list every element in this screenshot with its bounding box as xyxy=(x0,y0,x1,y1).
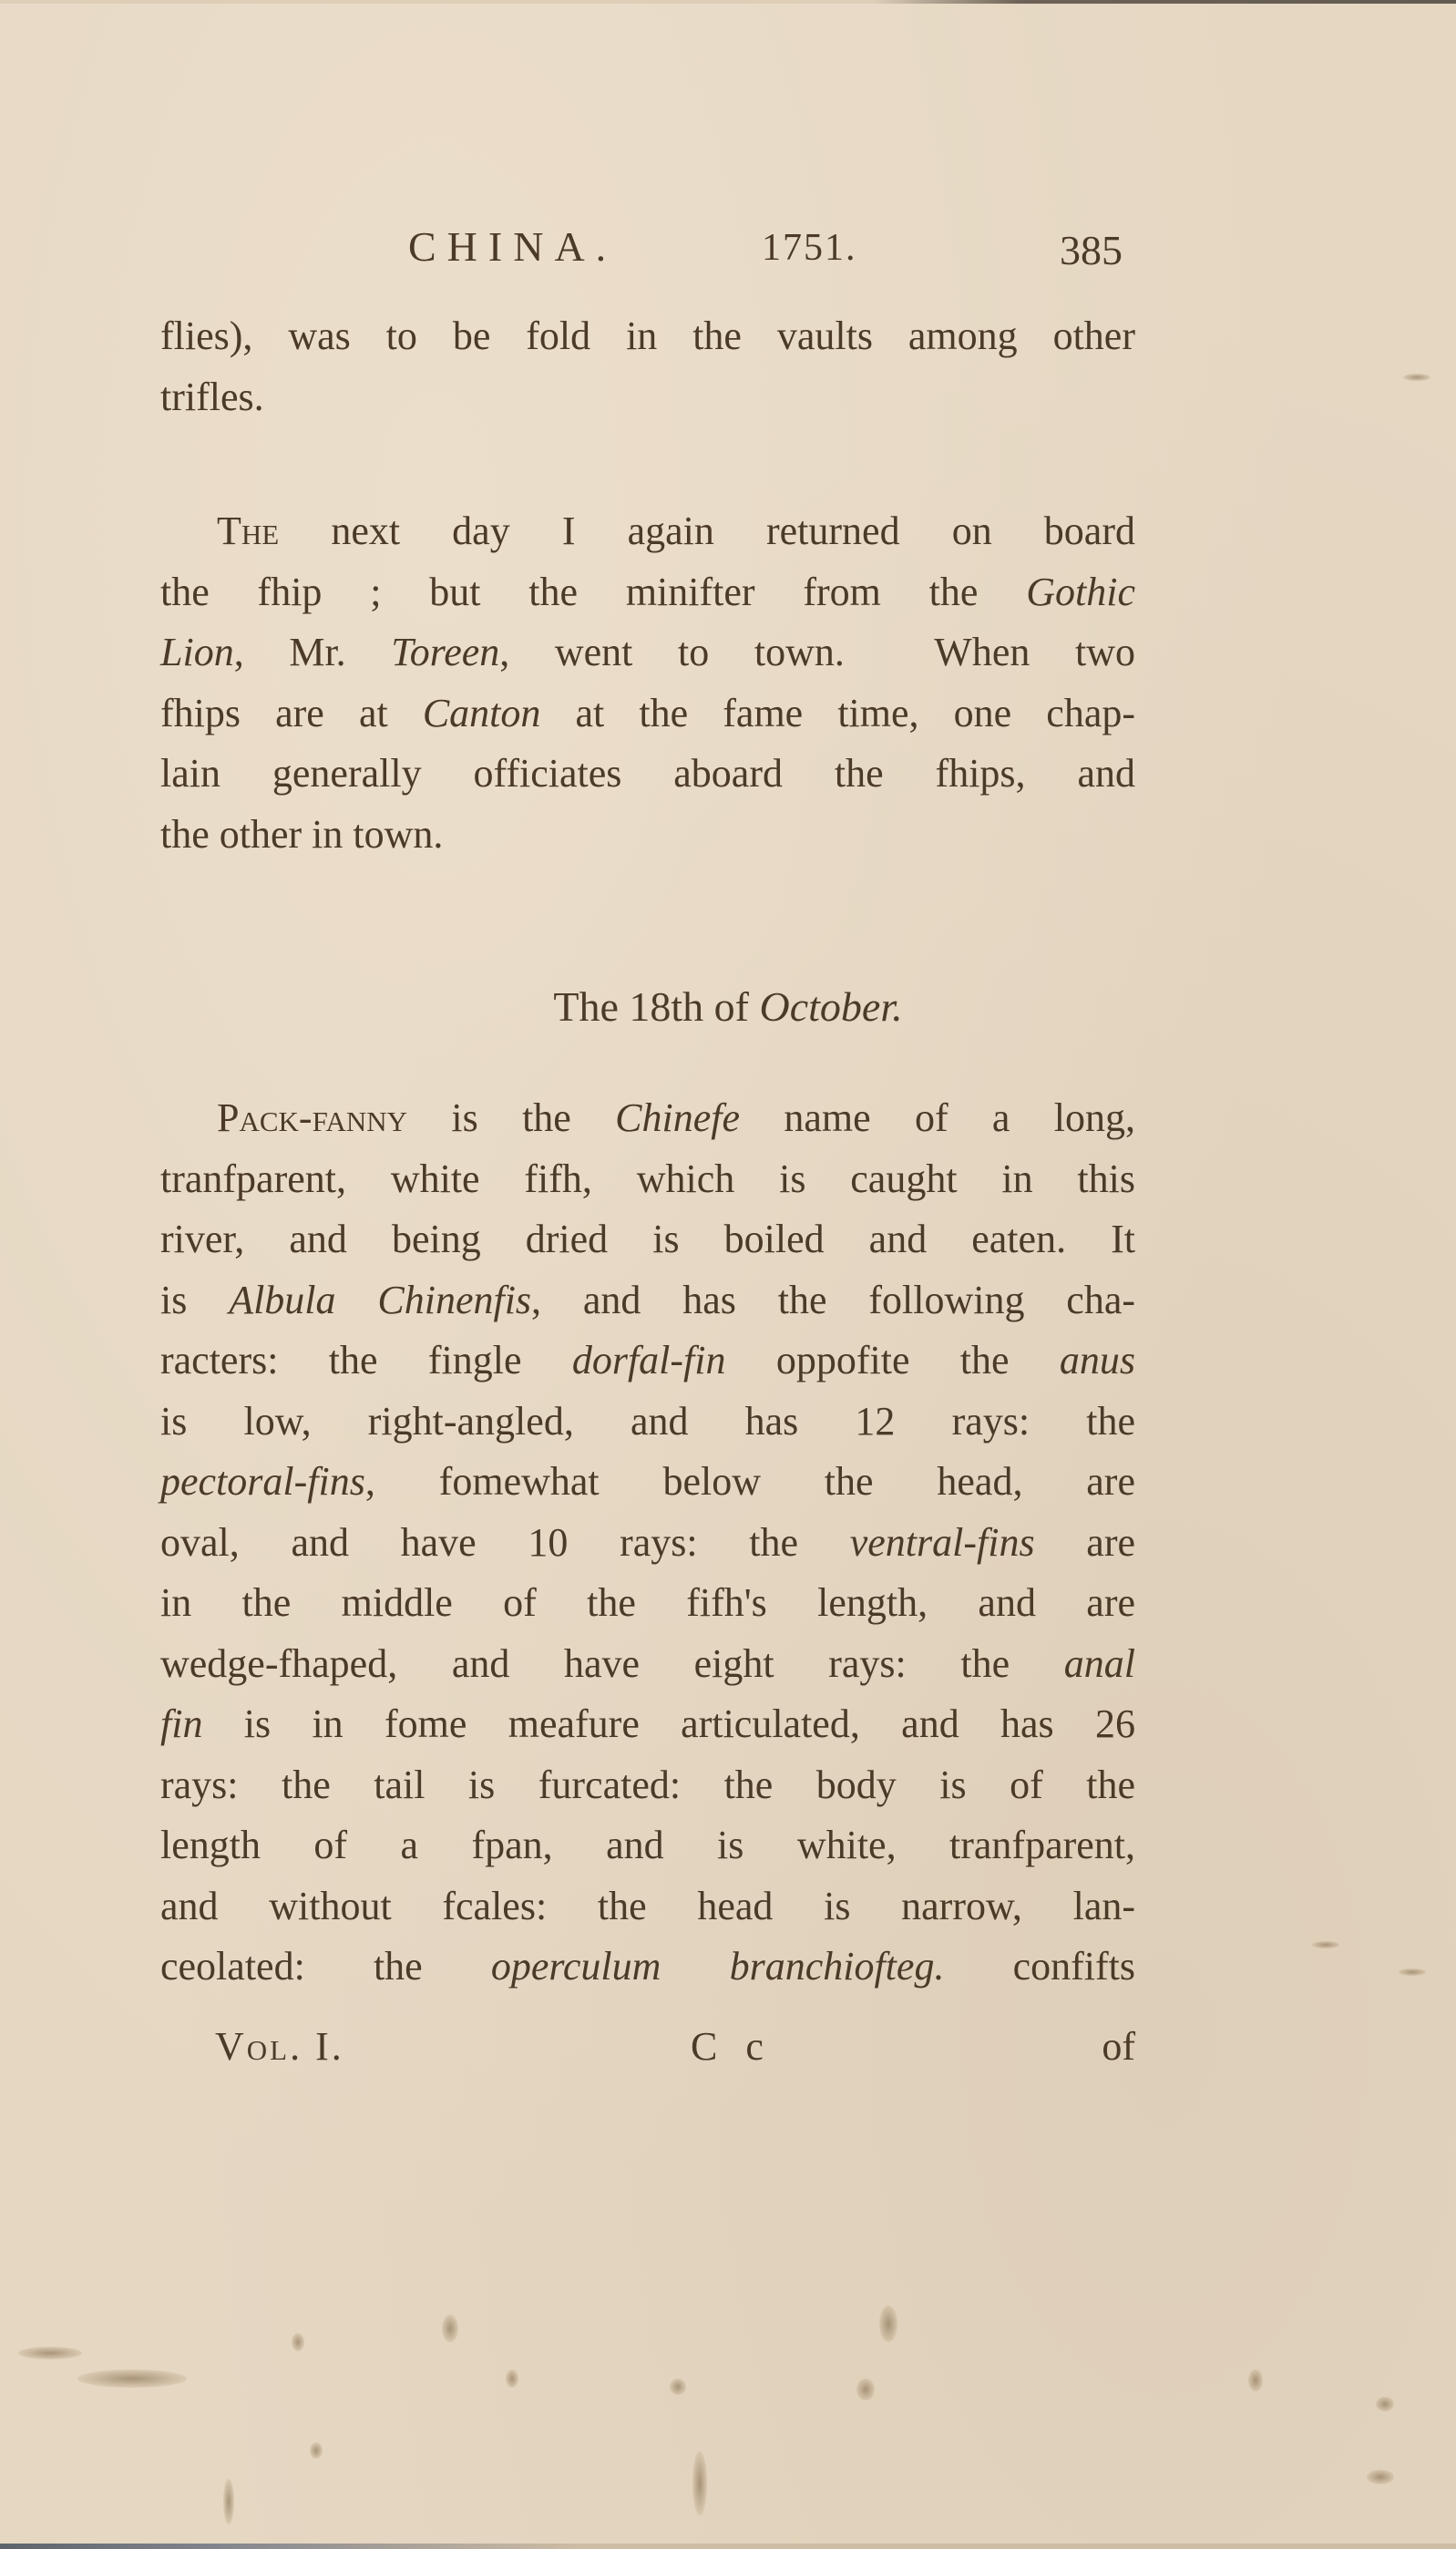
text-line: is Albula Chinenfis, and has the followi… xyxy=(160,1270,1135,1331)
lead-word: The xyxy=(217,509,279,553)
text-line: is low, right-angled, and has 12 rays: t… xyxy=(160,1392,1135,1453)
volume-label: Vol. I. xyxy=(215,2023,344,2070)
text-line: pectoral-fins, fomewhat below the head, … xyxy=(160,1452,1135,1513)
foxing-spot xyxy=(223,2479,234,2524)
text-line: Lion, Mr. Toreen, went to town. When two xyxy=(160,622,1135,684)
text-line: racters: the fingle dorfal-fin oppofite … xyxy=(160,1331,1135,1392)
heading-month: October. xyxy=(759,983,902,1030)
foxing-spot xyxy=(692,2451,707,2515)
text-line: fin is in fome meafure articulated, and … xyxy=(160,1694,1135,1755)
text-line: the other in town. xyxy=(160,805,1135,866)
paragraph-return-on-board: The next day I again returned on board t… xyxy=(160,501,1135,865)
text-line: tranfparent, white fifh, which is caught… xyxy=(160,1149,1135,1210)
signature-line: Vol. I. C c of xyxy=(160,2023,1135,2083)
foxing-spot xyxy=(1376,2397,1394,2411)
text-line: The next day I again returned on board xyxy=(160,501,1135,562)
text-line: oval, and have 10 rays: the ventral-fins… xyxy=(160,1513,1135,1574)
foxing-spot xyxy=(1399,1968,1426,1976)
foxing-spot xyxy=(77,2369,187,2388)
foxing-spot xyxy=(506,2369,518,2388)
foxing-spot xyxy=(856,2379,875,2400)
foxing-spot xyxy=(1403,374,1430,381)
text-line: rays: the tail is furcated: the body is … xyxy=(160,1755,1135,1816)
book-page: CHINA. 1751. 385 flies), was to be fold … xyxy=(0,0,1456,2549)
foxing-spot xyxy=(1367,2470,1394,2484)
ship-name-italic: Gothic xyxy=(1026,570,1135,614)
section-heading: The 18th of October. xyxy=(0,982,1456,1031)
foxing-spot xyxy=(1312,1941,1339,1948)
text-line: lain generally officiates aboard the fhi… xyxy=(160,744,1135,805)
signature-mark: C c xyxy=(691,2023,773,2070)
line-rest: next day I again returned on board xyxy=(279,509,1135,553)
text-line: the fhip ; but the minifter from the Got… xyxy=(160,562,1135,623)
text-line: Pack-fanny is the Chinefe name of a long… xyxy=(160,1088,1135,1149)
person-name-italic: Toreen xyxy=(391,630,499,674)
paragraph-pack-fanny: Pack-fanny is the Chinefe name of a long… xyxy=(160,1088,1135,1998)
text-line: flies), was to be fold in the vaults amo… xyxy=(160,306,1135,367)
text-line: wedge-fhaped, and have eight rays: the a… xyxy=(160,1634,1135,1695)
text-line: length of a fpan, and is white, tranfpar… xyxy=(160,1815,1135,1876)
text-line: fhips are at Canton at the fame time, on… xyxy=(160,684,1135,745)
heading-prefix: The 18th of xyxy=(553,983,759,1030)
lead-word: Pack-fanny xyxy=(217,1095,407,1140)
foxing-spot xyxy=(879,2306,897,2342)
running-head-title: CHINA. xyxy=(408,222,617,271)
text-line: in the middle of the fifh's length, and … xyxy=(160,1573,1135,1634)
page-number: 385 xyxy=(1060,226,1123,274)
text-line: ceolated: the operculum branchiofteg. co… xyxy=(160,1937,1135,1998)
foxing-spot xyxy=(18,2347,82,2359)
page-bottom-edge xyxy=(0,2544,1456,2549)
foxing-spot xyxy=(442,2315,458,2342)
text-line: river, and being dried is boiled and eat… xyxy=(160,1209,1135,1270)
text-line: trifles. xyxy=(160,367,1135,428)
foxing-spot xyxy=(310,2442,323,2459)
page-top-edge xyxy=(0,0,1456,4)
catchword: of xyxy=(1102,2023,1135,2070)
foxing-spot xyxy=(1248,2369,1263,2391)
text-line: and without fcales: the head is narrow, … xyxy=(160,1876,1135,1937)
foxing-spot xyxy=(670,2379,686,2395)
running-head-year: 1751. xyxy=(762,226,857,270)
running-head: CHINA. 1751. 385 xyxy=(0,219,1456,283)
foxing-spot xyxy=(292,2333,304,2351)
place-name-italic: Canton xyxy=(423,691,541,735)
paragraph-continuation: flies), was to be fold in the vaults amo… xyxy=(160,306,1135,427)
ship-name-italic: Lion xyxy=(160,630,234,674)
